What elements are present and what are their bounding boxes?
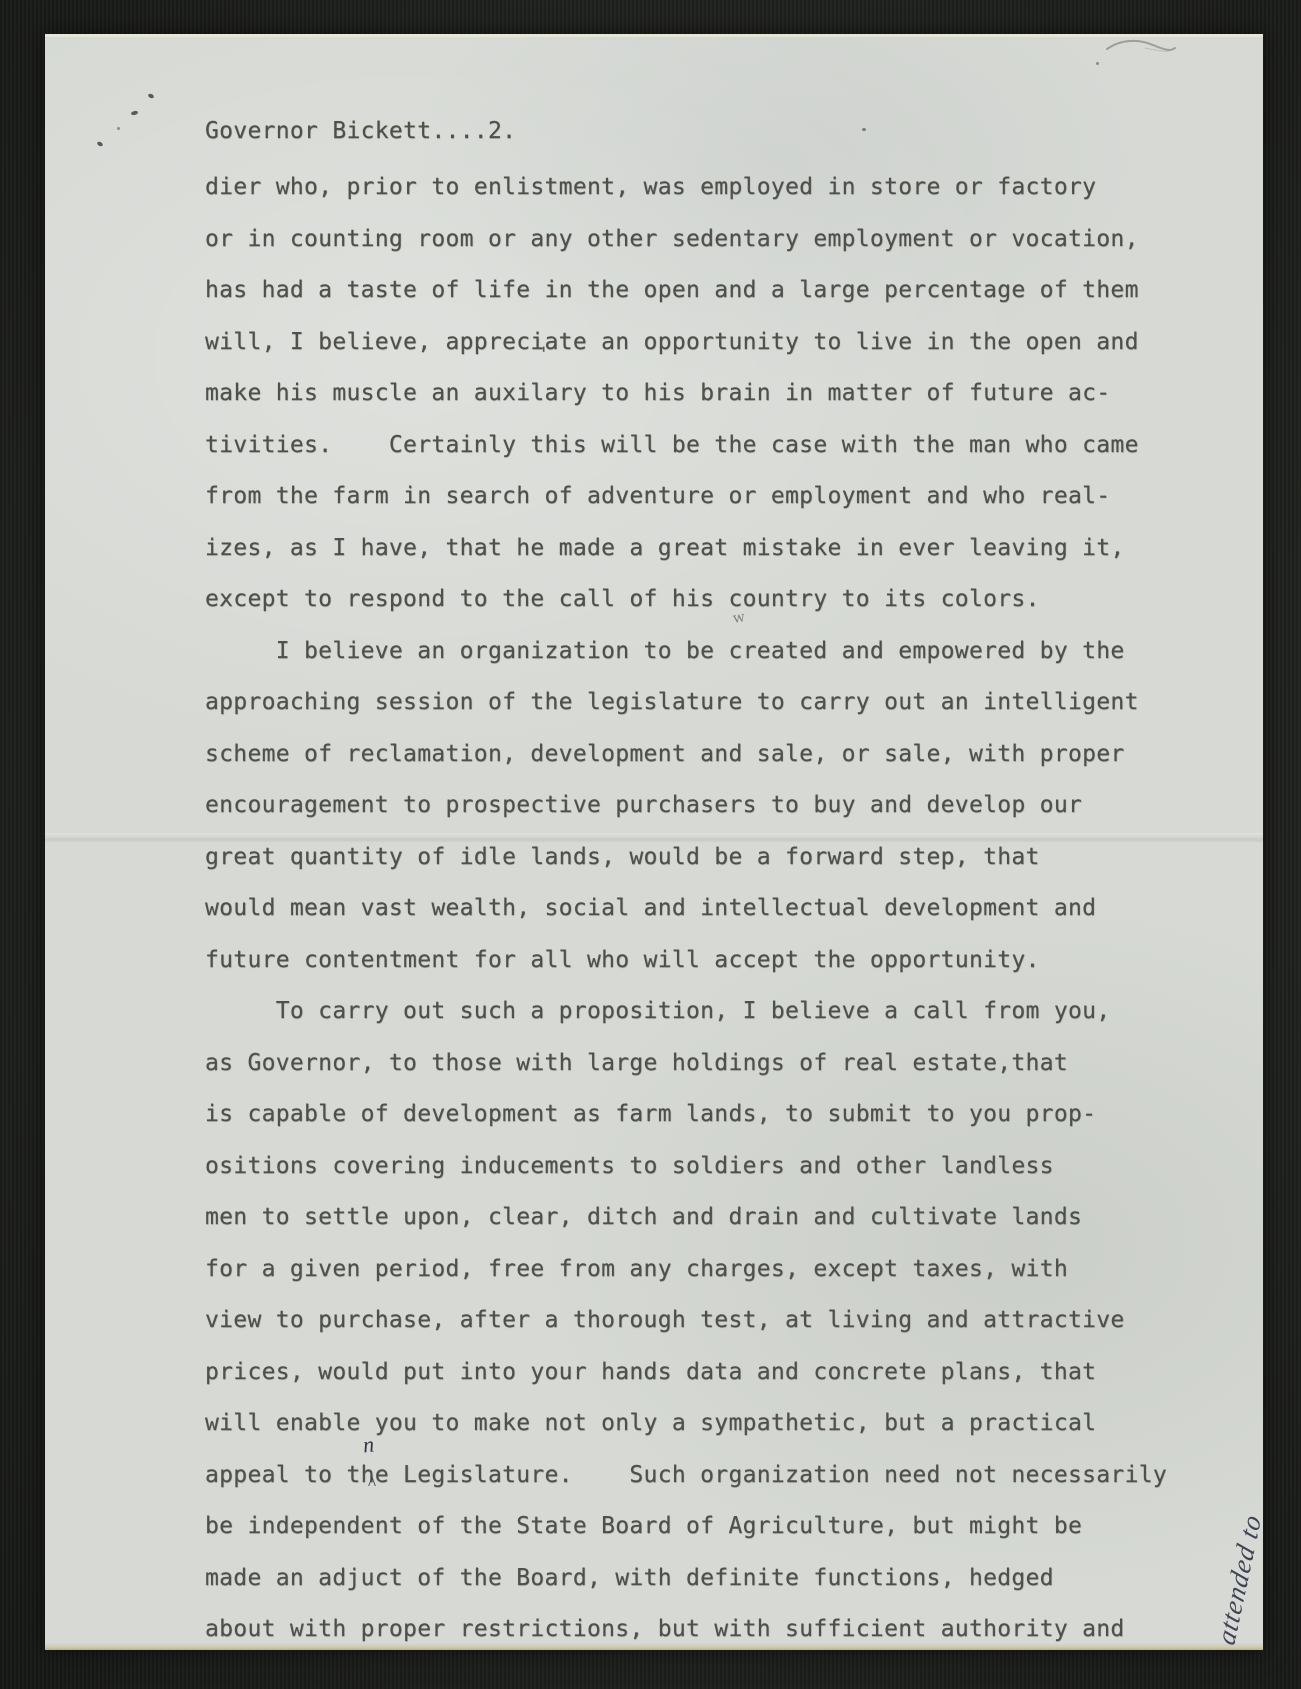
text-line: will enable you to make not only a sympa… <box>205 1398 1167 1450</box>
paper-fold-crease <box>45 833 1263 843</box>
text-line: about with proper restrictions, but with… <box>205 1604 1167 1656</box>
stray-apostrophe-mark: ' <box>541 342 547 366</box>
text-line: future contentment for all who will acce… <box>205 935 1167 987</box>
text-line: for a given period, free from any charge… <box>205 1244 1167 1296</box>
text-line: be independent of the State Board of Agr… <box>205 1501 1167 1553</box>
text-line: as Governor, to those with large holding… <box>205 1038 1167 1090</box>
page-header: Governor Bickett....2. <box>205 116 516 146</box>
text-line: appeal to the Legislature. Such organiza… <box>205 1450 1167 1502</box>
ink-speck <box>862 128 866 131</box>
text-line: has had a taste of life in the open and … <box>205 265 1167 317</box>
text-line: except to respond to the call of his cou… <box>205 574 1167 626</box>
ink-speck <box>117 127 120 130</box>
pencil-smudge-mark <box>1105 36 1177 58</box>
ink-speck <box>1096 62 1099 65</box>
stray-squiggle-mark: w <box>732 609 747 627</box>
letter-page: Governor Bickett....2. dier who, prior t… <box>45 34 1263 1650</box>
text-line: ositions covering inducements to soldier… <box>205 1141 1167 1193</box>
letter-body: dier who, prior to enlistment, was emplo… <box>205 162 1167 1656</box>
text-line: tivities. Certainly this will be the cas… <box>205 420 1167 472</box>
text-line: encouragement to prospective purchasers … <box>205 780 1167 832</box>
text-line: is capable of development as farm lands,… <box>205 1089 1167 1141</box>
text-line: prices, would put into your hands data a… <box>205 1347 1167 1399</box>
text-line: dier who, prior to enlistment, was emplo… <box>205 162 1167 214</box>
text-line: or in counting room or any other sedenta… <box>205 214 1167 266</box>
text-line: make his muscle an auxilary to his brain… <box>205 368 1167 420</box>
text-line: will, I believe, appreciate an opportuni… <box>205 317 1167 369</box>
text-line: approaching session of the legislature t… <box>205 677 1167 729</box>
text-line: would mean vast wealth, social and intel… <box>205 883 1167 935</box>
text-line: I believe an organization to be created … <box>205 626 1167 678</box>
text-line: from the farm in search of adventure or … <box>205 471 1167 523</box>
text-line: made an adjuct of the Board, with defini… <box>205 1553 1167 1605</box>
handwritten-insert-caret: ^ <box>368 1472 376 1496</box>
text-line: To carry out such a proposition, I belie… <box>205 986 1167 1038</box>
ink-speck <box>131 110 139 116</box>
ink-speck <box>96 141 103 147</box>
ink-speck <box>147 93 154 99</box>
text-line: view to purchase, after a thorough test,… <box>205 1295 1167 1347</box>
text-line: men to settle upon, clear, ditch and dra… <box>205 1192 1167 1244</box>
text-line: scheme of reclamation, development and s… <box>205 729 1167 781</box>
text-line: izes, as I have, that he made a great mi… <box>205 523 1167 575</box>
